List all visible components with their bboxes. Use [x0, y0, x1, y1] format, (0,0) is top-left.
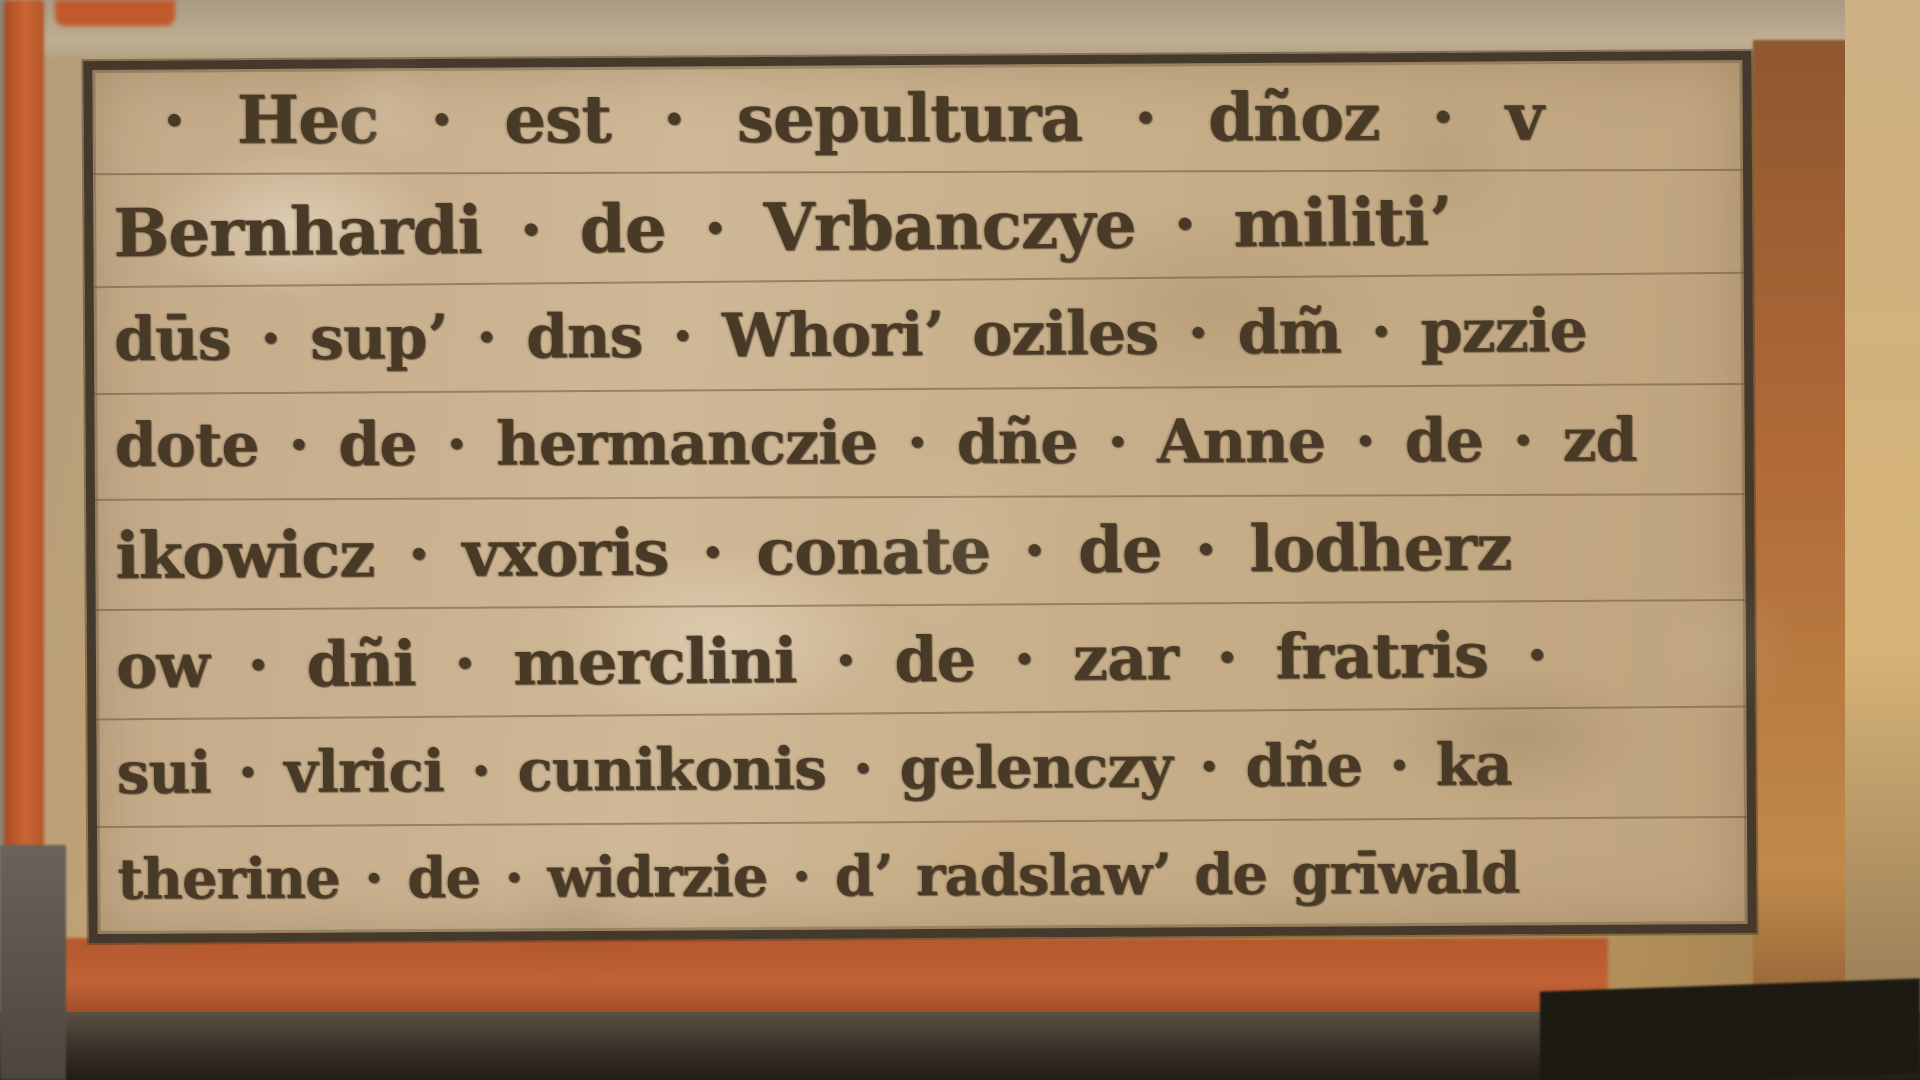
inscription-line-3: dūs · supʼ · dns · Whoriʼ oziles · dm̃ ·…: [94, 276, 1745, 394]
inscription-line-2: Bernhardi · de · Vrbanczye · militiʼ: [93, 166, 1744, 289]
inscription-line-6: ow · dñi · merclini · de · zar · fratris…: [96, 600, 1747, 721]
inscription-line-5: ikowicz · vxoris · conate · de · lodherz: [95, 493, 1746, 611]
inscription-panel: · Hec · est · sepultura · dñoz · v Bernh…: [83, 51, 1756, 943]
shadow-corner-bottom-left: [0, 845, 66, 1080]
inscription-line-4: dote · de · hermanczie · dñe · Anne · de…: [94, 387, 1744, 501]
red-border-right: [1753, 40, 1848, 1080]
red-border-top-patch: [55, 0, 175, 26]
inscription-photo: · Hec · est · sepultura · dñoz · v Bernh…: [0, 0, 1920, 1080]
inscription-line-8: therine · de · widrzie · dʼ radslawʼ de …: [97, 819, 1747, 932]
red-border-bottom: [48, 938, 1608, 1018]
inscription-line-7: sui · vlrici · cunikonis · gelenczy · dñ…: [96, 709, 1747, 827]
red-border-left: [4, 0, 44, 905]
shadow-corner-bottom-right: [1540, 978, 1920, 1080]
inscription-line-1: · Hec · est · sepultura · dñoz · v: [93, 63, 1743, 176]
wall-right-edge: [1845, 0, 1920, 1080]
wall-top-band: [0, 0, 1920, 58]
